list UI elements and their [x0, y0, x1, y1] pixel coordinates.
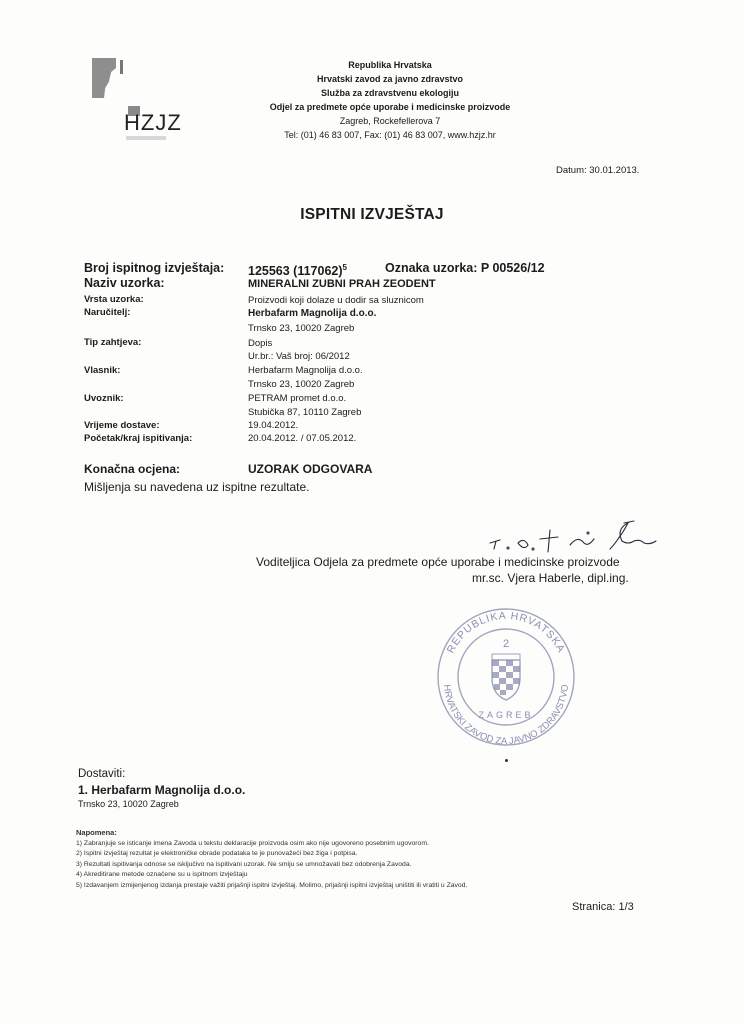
assessment-note: Mišljenja su navedena uz ispitne rezulta… [84, 480, 309, 494]
testing-period-value: 20.04.2012. / 07.05.2012. [248, 433, 356, 445]
note-item: 4) Akreditirane metode označene su u isp… [76, 870, 467, 881]
document-date: Datum: 30.01.2013. [556, 165, 639, 176]
hzjz-logo: HZJZ [90, 56, 170, 146]
deliver-to-label: Dostaviti: [78, 768, 125, 780]
testing-period-label: Početak/kraj ispitivanja: [84, 433, 192, 445]
note-item: 2) Ispitni izvještaj rezultat je elektro… [76, 849, 467, 860]
letterhead: Republika Hrvatska Hrvatski zavod za jav… [240, 58, 540, 142]
page-number: Stranica: 1/3 [572, 901, 634, 913]
final-assessment-label: Konačna ocjena: [84, 462, 180, 476]
note-item: 3) Rezultati ispitivanja odnose se isklj… [76, 860, 467, 871]
client-value: Herbafarm Magnolija d.o.o. [248, 308, 376, 320]
request-reference: Ur.br.: Vaš broj: 06/2012 [248, 351, 350, 363]
header-line-address: Zagreb, Rockefellerova 7 [240, 114, 540, 128]
client-label: Naručitelj: [84, 307, 130, 319]
owner-value: Herbafarm Magnolija d.o.o. [248, 365, 363, 377]
deliver-to-recipient: 1. Herbafarm Magnolija d.o.o. [78, 783, 245, 797]
logo-graphic-icon [92, 58, 116, 98]
owner-label: Vlasnik: [84, 365, 120, 377]
header-line-contact: Tel: (01) 46 83 007, Fax: (01) 46 83 007… [240, 128, 540, 142]
sample-name-value: MINERALNI ZUBNI PRAH ZEODENT [248, 278, 436, 290]
logo-subtitle-icon [126, 136, 166, 140]
importer-value: PETRAM promet d.o.o. [248, 393, 346, 405]
importer-address: Stubička 87, 10110 Zagreb [248, 407, 361, 419]
sample-type-value: Proizvodi koji dolaze u dodir sa sluznic… [248, 295, 424, 307]
document-title: ISPITNI IZVJEŠTAJ [0, 206, 744, 224]
sample-code: Oznaka uzorka: P 00526/12 [385, 262, 545, 274]
report-number-superscript: 5 [343, 263, 347, 272]
notes-heading: Napomena: [76, 828, 467, 839]
delivery-date-value: 19.04.2012. [248, 420, 298, 432]
final-assessment-value: UZORAK ODGOVARA [248, 462, 372, 476]
signatory-name: mr.sc. Vjera Haberle, dipl.ing. [472, 571, 629, 585]
ink-dot [505, 759, 508, 762]
header-line-department: Odjel za predmete opće uporabe i medicin… [240, 100, 540, 114]
svg-text:2: 2 [503, 638, 509, 650]
deliver-to-address: Trnsko 23, 10020 Zagreb [78, 799, 179, 809]
sample-type-label: Vrsta uzorka: [84, 294, 144, 306]
header-line-institute: Hrvatski zavod za javno zdravstvo [240, 72, 540, 86]
handwritten-signature-icon [460, 515, 680, 560]
request-type-value: Dopis [248, 338, 272, 350]
report-number: 125563 (117062) [248, 264, 343, 278]
request-type-label: Tip zahtjeva: [84, 337, 141, 349]
note-item: 5) Izdavanjem izmijenjenog izdanja prest… [76, 881, 467, 892]
notes-section: Napomena: 1) Zabranjuje se isticanje ime… [76, 828, 467, 891]
report-number-label: Broj ispitnog izvještaja: [84, 262, 224, 274]
official-stamp-icon: 2 REPUBLIKA HRVATSKA HRVATSKI ZAVOD ZA J… [426, 602, 586, 752]
client-address: Trnsko 23, 10020 Zagreb [248, 323, 354, 335]
report-number-value: 125563 (117062)5 [248, 262, 347, 277]
header-line-country: Republika Hrvatska [240, 58, 540, 72]
signatory-role: Voditeljica Odjela za predmete opće upor… [256, 555, 620, 569]
logo-mark-icon [120, 60, 123, 74]
header-line-service: Služba za zdravstvenu ekologiju [240, 86, 540, 100]
sample-name-label: Naziv uzorka: [84, 277, 165, 289]
note-item: 1) Zabranjuje se isticanje imena Zavoda … [76, 839, 467, 850]
logo-text: HZJZ [124, 110, 182, 136]
svg-text:ZAGREB: ZAGREB [478, 710, 533, 720]
delivery-date-label: Vrijeme dostave: [84, 420, 160, 432]
owner-address: Trnsko 23, 10020 Zagreb [248, 379, 354, 391]
importer-label: Uvoznik: [84, 393, 124, 405]
